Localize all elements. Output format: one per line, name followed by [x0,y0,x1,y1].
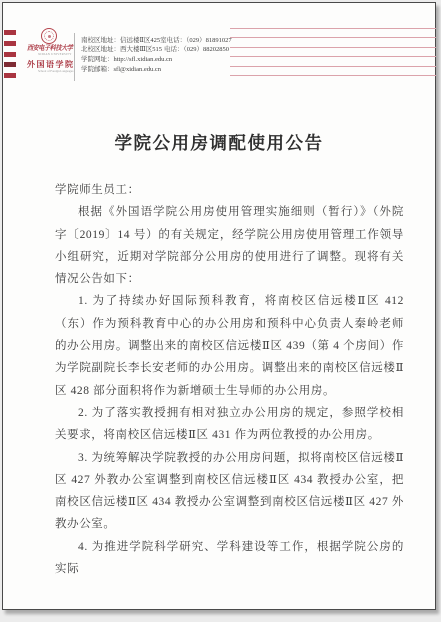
contact-address: 南校区地址：信远楼Ⅱ区425室 [81,35,167,44]
color-bar [4,30,16,35]
university-logo: 西安电子科技大学 XIDIAN UNIVERSITY 外国语学院 School … [27,28,71,76]
contact-row: 北校区地址：西大楼Ⅲ区515 电话：（029）88202850 [81,44,229,54]
header-ruled-lines [230,28,436,84]
color-bar [4,41,16,46]
contact-phone: 电话：（029）88202850 [164,44,229,53]
contact-phone: 电话：（029）81891027 [167,35,232,44]
school-name-en: School of Foreign Languages [38,70,60,73]
document-title: 学院公用房调配使用公告 [3,130,435,155]
salutation: 学院师生员工： [55,179,404,201]
contact-info: 南校区地址：信远楼Ⅱ区425室 电话：（029）81891027 北校区地址：西… [81,35,229,73]
university-name-en: XIDIAN UNIVERSITY [38,53,60,56]
ruled-line [230,37,436,38]
paragraph-item-2: 2. 为了落实教授拥有相对独立办公用房的规定，参照学校相关要求，将南校区信远楼Ⅱ… [55,402,404,447]
contact-address: 北校区地址：西大楼Ⅲ区515 [81,44,164,53]
contact-row: 南校区地址：信远楼Ⅱ区425室 电话：（029）81891027 [81,35,229,45]
contact-row: 学院邮箱：sfl@xidian.edu.cn [81,63,229,73]
registration-color-bars [4,30,16,84]
university-seal-icon [41,28,57,44]
ruled-line [230,28,436,29]
ruled-line [230,66,436,67]
school-name-cn: 外国语学院 [27,60,71,70]
paragraph-item-3: 3. 为统筹解决学院教授的办公用房问题，拟将南校区信远楼Ⅱ区 427 外教办公室… [55,447,404,536]
ruled-line [230,47,436,48]
ruled-line [230,75,436,76]
contact-email: 学院邮箱：sfl@xidian.edu.cn [81,64,195,73]
color-bar [4,73,16,78]
paragraph-item-4: 4. 为推进学院科学研究、学科建设等工作，根据学院公房的实际 [55,536,404,581]
document-page: 西安电子科技大学 XIDIAN UNIVERSITY 外国语学院 School … [2,2,436,610]
ruled-line [230,56,436,57]
paragraph-item-1: 1. 为了持续办好国际预科教育，将南校区信远楼Ⅱ区 412（东）作为预科教育中心… [55,290,404,401]
color-bar [4,62,16,67]
paragraph-intro: 根据《外国语学院公用房使用管理实施细则（暂行）》（外院字〔2019〕14 号）的… [55,201,404,290]
color-bar [4,52,16,57]
contact-website: 学院网址：http://sfl.xidian.edu.cn [81,54,195,63]
contact-row: 学院网址：http://sfl.xidian.edu.cn [81,54,229,64]
document-body: 学院师生员工： 根据《外国语学院公用房使用管理实施细则（暂行）》（外院字〔201… [55,179,404,580]
header-divider [74,33,75,81]
